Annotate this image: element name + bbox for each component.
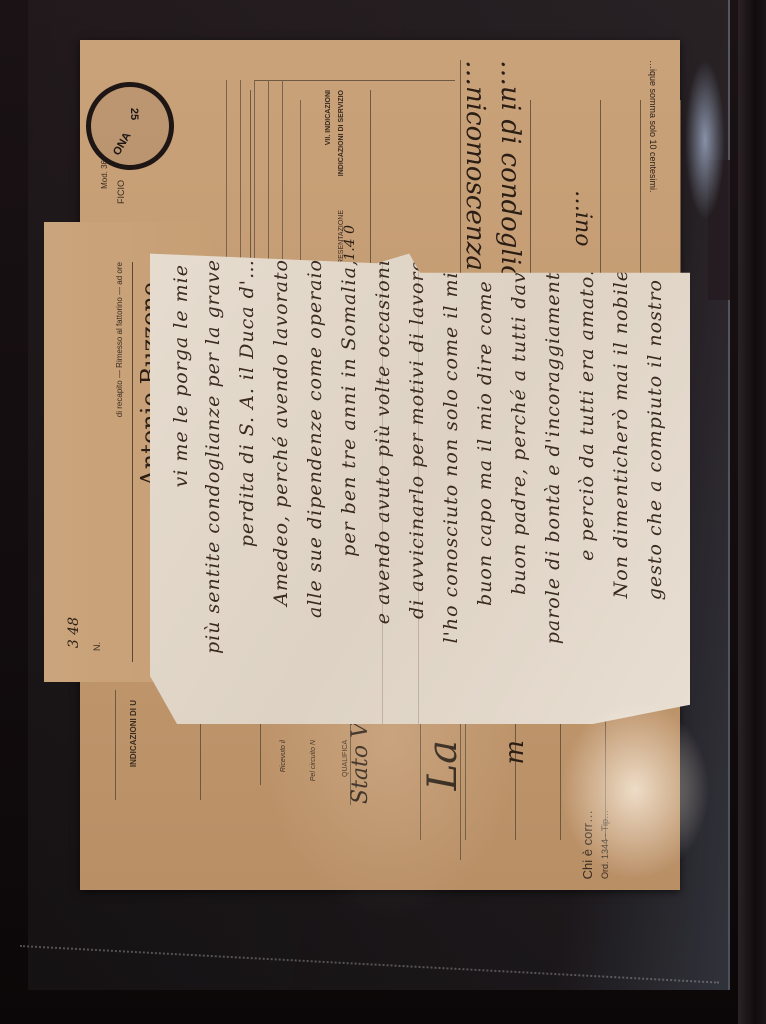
letter-line: vi me le porga le mie	[170, 264, 192, 487]
slip-number: 3 48	[66, 617, 82, 648]
letter-line: e avendo avuto più volte occasioni	[372, 259, 394, 624]
letter-line: parole di bontà e d'incoraggiamento	[542, 259, 564, 644]
office-label: FICIO	[116, 180, 126, 204]
letter-line: perdita di S. A. il Duca d'…	[236, 259, 258, 547]
binder-edge	[738, 0, 766, 1024]
price-footer: …ique somma solo 10 centesimi.	[648, 60, 658, 193]
letter-line: buon padre, perché a tutti dava	[508, 259, 530, 595]
letter-line: alle sue dipendenze come operaio	[304, 259, 326, 618]
handwritten-letter: vi me le porga le mie più sentite condog…	[150, 244, 690, 724]
letter-line: buon capo ma il mio dire come il	[474, 259, 496, 606]
postmark-date: 25	[128, 108, 140, 120]
sleeve-glare	[685, 60, 725, 220]
service-box-title: VII. INDICAZIONI	[325, 90, 332, 145]
letter-line: per ben tre anni in Somalia,	[338, 259, 360, 557]
letter-line: di avvicinarlo per motivi di lavoro	[406, 259, 428, 619]
letter-line: l'ho conosciuto non solo come il mio	[440, 259, 462, 643]
letter-line: più sentite condoglianze per la grave	[202, 259, 224, 654]
handwritten-line-3: …ino	[570, 190, 595, 246]
left-box-title: INDICAZIONI DI U	[130, 700, 138, 767]
postmark-stamp-icon	[86, 82, 174, 170]
letter-line: Non dimenticherò mai il nobile	[610, 269, 632, 598]
service-box-title-2: INDICAZIONI DI SERVIZIO	[338, 90, 345, 176]
letter-line: gesto che a compiuto il nostro	[644, 279, 666, 600]
letter-line: e perciò da tutti era amato.	[576, 269, 598, 561]
letter-line: Amedeo, perché avendo lavorato	[270, 259, 292, 606]
handwritten-line-2: …ui di condoglio	[495, 60, 525, 281]
sleeve-glare	[560, 700, 710, 880]
slip-header: di recapito — Rimesso al fattorino — ad …	[116, 262, 124, 417]
slip-number-label: N.	[92, 642, 102, 651]
handwritten-line-1: …nicomoscenza	[460, 60, 490, 271]
